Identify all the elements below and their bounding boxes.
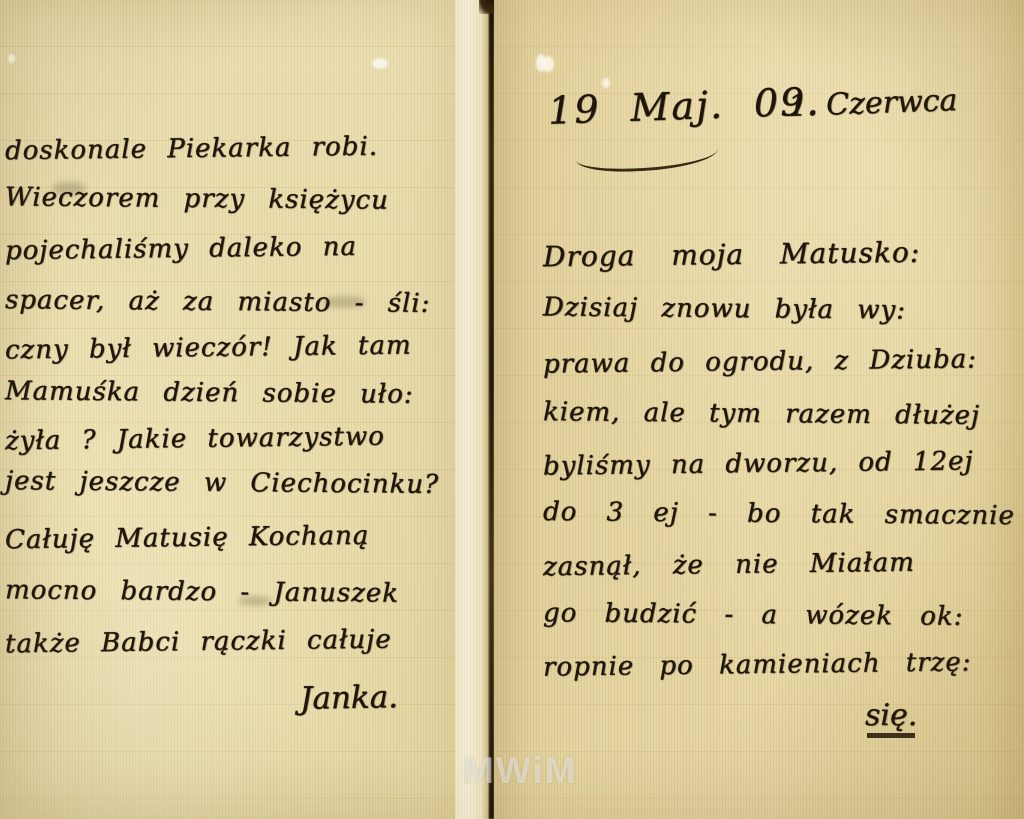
handwritten-line: zasnął, że nie Miałam: [543, 548, 915, 583]
closing-word: się.: [865, 698, 917, 733]
handwritten-line: do 3 ej - bo tak smacznie: [543, 497, 1015, 531]
handwritten-line: jest jeszcze w Ciechocinku?: [5, 466, 439, 500]
watermark: MWiM: [463, 750, 578, 792]
handwritten-line: czny był wieczór! Jak tam: [5, 331, 412, 366]
handwritten-line: kiem, ale tym razem dłużej: [543, 397, 980, 431]
page-edge: [455, 0, 489, 819]
paper-speck: [536, 54, 546, 72]
handwritten-line: pojechaliśmy daleko na: [5, 232, 357, 266]
handwritten-line: spacer, aż za miasto - śli:: [5, 285, 431, 319]
diary-scan: doskonale Piekarka robi. Wieczorem przy …: [0, 0, 1024, 819]
handwritten-line: go budzić - a wózek ok:: [543, 598, 964, 632]
handwritten-line: Całuję Matusię Kochaną: [5, 521, 370, 555]
handwritten-line: ropnie po kamieniach trzę:: [543, 647, 972, 682]
right-page-text: Droga moja Matusko: Dzisiaj znowu była w…: [543, 0, 1018, 819]
left-page: doskonale Piekarka robi. Wieczorem przy …: [0, 0, 455, 819]
handwritten-line: żyła ? Jakie towarzystwo: [5, 422, 385, 457]
handwritten-line: doskonale Piekarka robi.: [5, 132, 378, 167]
signature: Janka.: [300, 679, 399, 717]
handwritten-line: także Babci rączki całuje: [5, 625, 392, 660]
ink-smudge: [322, 296, 366, 308]
handwritten-line: byliśmy na dworzu, od 12ej: [543, 446, 974, 481]
handwritten-line: Mamuśka dzień sobie uło:: [5, 376, 414, 410]
ink-smudge: [238, 596, 272, 606]
handwritten-line: Droga moja Matusko:: [543, 236, 921, 274]
paper-speck: [372, 58, 388, 69]
left-page-text: doskonale Piekarka robi. Wieczorem przy …: [5, 0, 483, 819]
ink-smudge: [52, 182, 86, 195]
paper-speck: [8, 54, 15, 63]
handwritten-line: Dzisiaj znowu była wy:: [543, 292, 906, 325]
handwritten-line: mocno bardzo - Januszek: [5, 575, 399, 608]
handwritten-line: prawa do ogrodu, z Dziuba:: [543, 344, 977, 379]
